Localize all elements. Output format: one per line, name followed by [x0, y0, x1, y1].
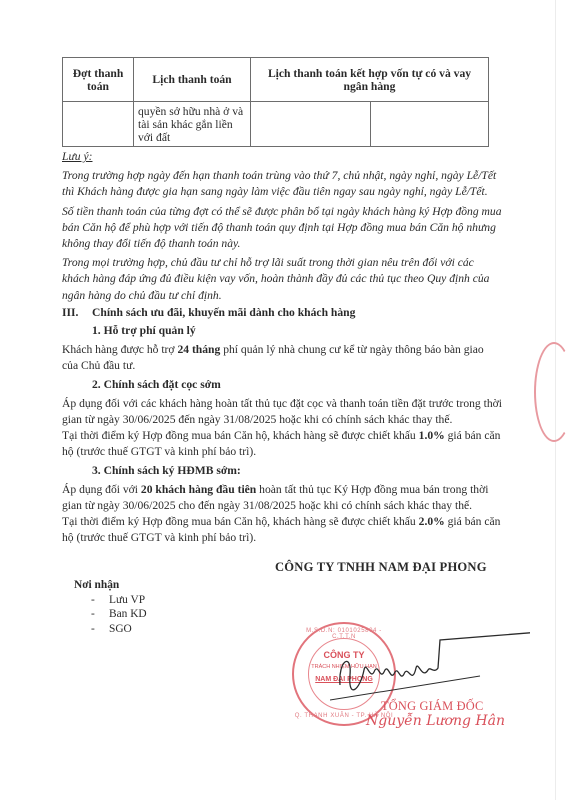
section-number: III. — [62, 305, 92, 321]
highlight: 24 tháng — [177, 343, 220, 356]
recipients-title: Nơi nhận — [74, 578, 147, 593]
stamp-edge-mark — [534, 342, 566, 442]
table-row: quyền sở hữu nhà ở và tài sản khác gắn l… — [63, 102, 489, 147]
payment-schedule-table: Đợt thanh toán Lịch thanh toán Lịch than… — [62, 57, 489, 147]
signatory-name: Nguyễn Lương Hân — [366, 713, 505, 729]
company-name: CÔNG TY TNHH NAM ĐẠI PHONG — [275, 560, 487, 575]
text: Tại thời điểm ký Hợp đồng mua bán Căn hộ… — [62, 429, 419, 442]
policy-2-text: Áp dụng đối với các khách hàng hoàn tất … — [62, 396, 502, 428]
policy-1-title: 1. Hỗ trợ phí quản lý — [62, 323, 502, 339]
list-item: -SGO — [74, 622, 147, 637]
table-header-row: Đợt thanh toán Lịch thanh toán Lịch than… — [63, 58, 489, 102]
highlight: 2.0% — [419, 515, 445, 528]
policy-1-text: Khách hàng được hỗ trợ 24 tháng phí quản… — [62, 342, 502, 374]
recipient: Lưu VP — [109, 593, 145, 608]
table-cell — [371, 102, 489, 147]
recipients: Nơi nhận -Lưu VP -Ban KD -SGO — [74, 578, 147, 636]
table-cell — [251, 102, 371, 147]
policy-3-discount: Tại thời điểm ký Hợp đồng mua bán Căn hộ… — [62, 514, 502, 546]
table-cell — [63, 102, 134, 147]
list-item: -Lưu VP — [74, 593, 147, 608]
recipients-list: -Lưu VP -Ban KD -SGO — [74, 593, 147, 637]
policy-3-title: 3. Chính sách ký HĐMB sớm: — [62, 463, 502, 479]
section-heading: III. Chính sách ưu đãi, khuyến mãi dành … — [62, 305, 502, 321]
highlight: 20 khách hàng đầu tiên — [141, 483, 256, 496]
note-paragraph: Số tiền thanh toán của từng đợt có thể s… — [62, 204, 502, 253]
note-paragraph: Trong trường hợp ngày đến hạn thanh toán… — [62, 168, 502, 200]
recipient: Ban KD — [109, 607, 147, 622]
header-schedule: Lịch thanh toán — [134, 58, 251, 102]
signatory-title: TỔNG GIÁM ĐỐC — [381, 699, 483, 714]
header-installment: Đợt thanh toán — [63, 58, 134, 102]
document-body: Đợt thanh toán Lịch thanh toán Lịch than… — [62, 57, 502, 547]
text: Tại thời điểm ký Hợp đồng mua bán Căn hộ… — [62, 515, 419, 528]
dash: - — [91, 622, 109, 637]
dash: - — [91, 607, 109, 622]
recipient: SGO — [109, 622, 132, 637]
highlight: 1.0% — [419, 429, 445, 442]
policy-2-title: 2. Chính sách đặt cọc sớm — [62, 377, 502, 393]
text: Khách hàng được hỗ trợ — [62, 343, 177, 356]
notes-title: Lưu ý: — [62, 149, 502, 165]
note-paragraph: Trong mọi trường hợp, chủ đầu tư chỉ hỗ … — [62, 255, 502, 304]
dash: - — [91, 593, 109, 608]
text: Áp dụng đối với — [62, 483, 141, 496]
list-item: -Ban KD — [74, 607, 147, 622]
policy-2-discount: Tại thời điểm ký Hợp đồng mua bán Căn hộ… — [62, 428, 502, 460]
section-title: Chính sách ưu đãi, khuyến mãi dành cho k… — [92, 305, 355, 321]
table-cell: quyền sở hữu nhà ở và tài sản khác gắn l… — [134, 102, 251, 147]
policy-3-text: Áp dụng đối với 20 khách hàng đầu tiên h… — [62, 482, 502, 514]
notes: Trong trường hợp ngày đến hạn thanh toán… — [62, 168, 502, 304]
header-combined-schedule: Lịch thanh toán kết hợp vốn tự có và vay… — [251, 58, 489, 102]
